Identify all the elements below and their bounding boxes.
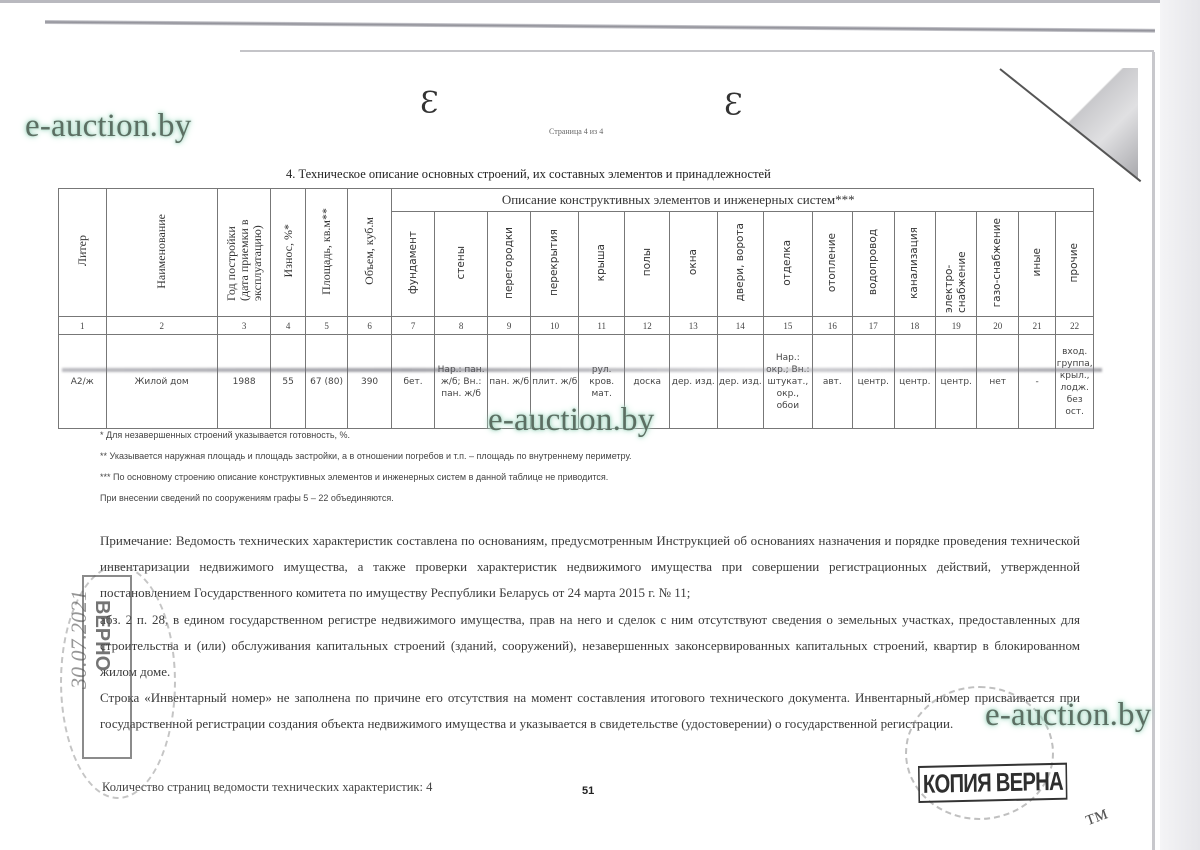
table-cell: вход. группа, крыл., лодж. без ост. (1056, 335, 1094, 429)
scan-smear (62, 368, 1102, 372)
col-header: электро-снабжение (936, 212, 977, 317)
verified-stamp-text: ВЕРНО (90, 600, 113, 671)
punch-hole-mark: Ɛ (724, 88, 743, 123)
column-number: 9 (487, 317, 531, 335)
col-header: Наименование (106, 189, 217, 317)
table-cell: дер. изд. (717, 335, 764, 429)
table-cell: Нар.: окр.; Вн.: штукат., окр., обои (764, 335, 813, 429)
col-header: Год постройки (дата приемки в эксплуатац… (217, 189, 271, 317)
col-header: водопровод (853, 212, 894, 317)
column-number: 22 (1056, 317, 1094, 335)
col-header: крыша (578, 212, 625, 317)
column-number: 3 (217, 317, 271, 335)
col-header: газо-снабжение (977, 212, 1018, 317)
copy-certified-stamp: КОПИЯ ВЕРНА (918, 763, 1068, 803)
stamp-date: 30.07.2021 (66, 590, 92, 689)
note-paragraph: абз. 2 п. 28, в едином государственном р… (100, 607, 1080, 686)
col-header: полы (625, 212, 670, 317)
page-edge-top (240, 50, 1154, 52)
table-cell: 67 (80) (305, 335, 347, 429)
col-header: перегородки (487, 212, 531, 317)
column-number: 6 (348, 317, 392, 335)
page-indicator: Страница 4 из 4 (549, 127, 603, 136)
table-cell: 390 (348, 335, 392, 429)
footnote: При внесении сведений по сооружениям гра… (100, 488, 632, 509)
column-number: 1 (59, 317, 107, 335)
column-number: 11 (578, 317, 625, 335)
table-cell: авт. (812, 335, 852, 429)
table-cell: 55 (271, 335, 305, 429)
watermark: e-auction.by (25, 108, 191, 145)
scan-right-margin (1160, 0, 1200, 850)
table-cell: бет. (391, 335, 435, 429)
column-number: 10 (531, 317, 579, 335)
table-cell: Нар.: пан. ж/б; Вн.: пан. ж/б (435, 335, 488, 429)
column-number: 2 (106, 317, 217, 335)
col-header: иные (1018, 212, 1055, 317)
table-cell: нет (977, 335, 1018, 429)
column-number: 12 (625, 317, 670, 335)
table-cell: центр. (894, 335, 935, 429)
col-header: отопление (812, 212, 852, 317)
table-cell: Жилой дом (106, 335, 217, 429)
col-header: Площадь, кв.м** (305, 189, 347, 317)
group-header: Описание конструктивных элементов и инже… (391, 189, 1093, 212)
footnote: * Для незавершенных строений указывается… (100, 425, 632, 446)
table-cell: 1988 (217, 335, 271, 429)
note-paragraph: Примечание: Ведомость технических характ… (100, 528, 1080, 607)
column-number: 14 (717, 317, 764, 335)
column-number: 5 (305, 317, 347, 335)
pages-count: Количество страниц ведомости технических… (102, 780, 432, 795)
column-number: 21 (1018, 317, 1055, 335)
table-cell: дер. изд. (669, 335, 717, 429)
column-number: 4 (271, 317, 305, 335)
punch-hole-mark: Ɛ (420, 86, 439, 121)
page-edge-right (1152, 52, 1155, 850)
col-header: фундамент (391, 212, 435, 317)
watermark: e-auction.by (985, 697, 1151, 734)
section-title: 4. Техническое описание основных строени… (286, 167, 771, 182)
footnote: *** По основному строению описание конст… (100, 467, 632, 488)
page-number: 51 (582, 785, 594, 797)
column-number: 17 (853, 317, 894, 335)
col-header: перекрытия (531, 212, 579, 317)
col-header: двери, ворота (717, 212, 764, 317)
col-header: Литер (59, 189, 107, 317)
table-cell: центр. (853, 335, 894, 429)
column-numbers-row: 12345678910111213141516171819202122 (59, 317, 1094, 335)
scan-artifact-line (45, 20, 1155, 33)
column-number: 13 (669, 317, 717, 335)
table-cell: центр. (936, 335, 977, 429)
column-number: 15 (764, 317, 813, 335)
table-cell: А2/ж (59, 335, 107, 429)
col-header: Износ, %* (271, 189, 305, 317)
scan-top-border (0, 0, 1200, 3)
footnotes: * Для незавершенных строений указывается… (100, 425, 632, 509)
technical-description-table: Литер Наименование Год постройки (дата п… (58, 188, 1094, 429)
col-header: Объем, куб.м (348, 189, 392, 317)
column-number: 7 (391, 317, 435, 335)
column-number: 20 (977, 317, 1018, 335)
col-header: канализация (894, 212, 935, 317)
column-number: 16 (812, 317, 852, 335)
column-number: 8 (435, 317, 488, 335)
col-header: стены (435, 212, 488, 317)
table-header-row: Литер Наименование Год постройки (дата п… (59, 189, 1094, 212)
column-number: 18 (894, 317, 935, 335)
column-number: 19 (936, 317, 977, 335)
col-header: окна (669, 212, 717, 317)
col-header: прочие (1056, 212, 1094, 317)
col-header: отделка (764, 212, 813, 317)
table-cell: - (1018, 335, 1055, 429)
signature: ™ (1082, 805, 1113, 838)
footnote: ** Указывается наружная площадь и площад… (100, 446, 632, 467)
